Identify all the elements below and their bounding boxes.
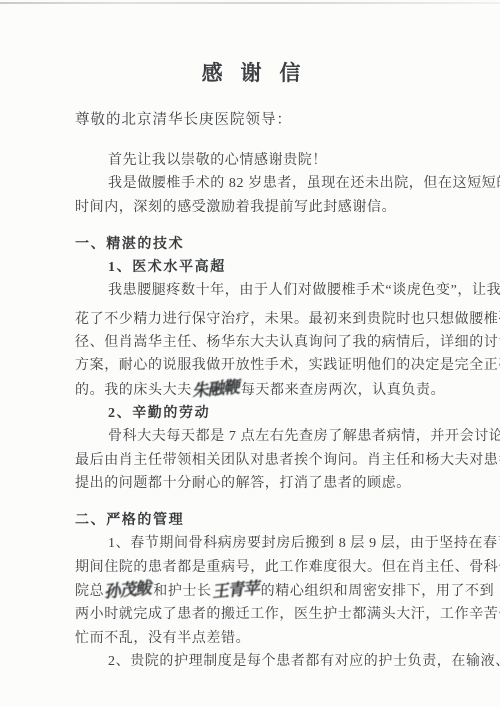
printed-text: 骨科大夫每天都是 7 点左右先查房了解患者病情，并开会讨论，	[108, 429, 500, 444]
handwritten-annotation: 王青苹	[211, 577, 261, 605]
printed-text: 两小时就完成了患者的搬迁工作，医生护士都满头大汗，工作辛苦但	[75, 607, 500, 622]
text-line: 首先让我以崇敬的心情感谢贵院！	[75, 149, 427, 172]
text-line: 我患腰腿疼数十年，由于人们对做腰椎手术“谈虎色变”，让我	[75, 279, 427, 302]
text-line: 花了不少精力进行保守治疗，未果。最初来到贵院时也只想做腰椎孔镜	[75, 303, 427, 331]
printed-text: 忙而不乱，没有半点差错。	[75, 631, 250, 646]
printed-text: 的。我的床头大夫	[75, 383, 192, 398]
printed-text: 二、严格的管理	[75, 513, 184, 528]
printed-text: 时间内，深刻的感受激励着我提前写此封感谢信。	[75, 200, 396, 215]
text-line: 时间内，深刻的感受激励着我提前写此封感谢信。	[75, 196, 427, 219]
printed-text: 一、精湛的技术	[75, 237, 184, 252]
text-line: 最后由肖主任带领相关团队对患者挨个询问。肖主任和杨大夫对患者	[75, 449, 427, 472]
printed-text: 院总	[75, 584, 104, 599]
printed-text: 期间住院的患者都是重病号，此工作难度很大。但在肖主任、骨科住	[75, 560, 500, 575]
printed-text: 1、医术水平高超	[108, 260, 226, 275]
text-line: 我是做腰椎手术的 82 岁患者，虽现在还未出院，但在这短短的	[75, 172, 427, 195]
text-line: 径、但肖嵩华主任、杨华东大夫认真询问了我的病情后，详细的讨论	[75, 331, 427, 354]
handwritten-annotation: 孙茂鲅	[104, 577, 154, 605]
printed-text: 花了不少精力进行保守治疗，未果。最初来到贵院时也只想做腰椎孔	[75, 312, 500, 327]
printed-text: 2、贵院的护理制度是每个患者都有对应的护士负责，在输液、	[108, 654, 500, 669]
printed-text: 1、春节期间骨科病房要封房后搬到 8 层 9 层，由于坚持在春节	[108, 536, 500, 551]
handwritten-annotation: 朱融鞭	[192, 375, 242, 403]
text-line: 的。我的床头大夫朱融鞭每天都来查房两次，认真负责。	[75, 378, 427, 402]
printed-text: 和护士长	[153, 584, 211, 599]
printed-text: 方案，耐心的说服我做开放性手术，实践证明他们的决定是完全正确	[75, 358, 500, 373]
text-line: 院总孙茂鲅和护士长王青苹的精心组织和周密安排下，用了不到	[75, 579, 427, 603]
text-line: 期间住院的患者都是重病号，此工作难度很大。但在肖主任、骨科住	[75, 556, 427, 579]
printed-text: 径、但肖嵩华主任、杨华东大夫认真询问了我的病情后，详细的讨论	[75, 335, 500, 350]
page-title: 感 谢 信	[75, 57, 427, 87]
section-heading: 2、辛勤的劳动	[75, 402, 427, 425]
letter-body: 首先让我以崇敬的心情感谢贵院！我是做腰椎手术的 82 岁患者，虽现在还未出院，但…	[75, 149, 427, 673]
text-line: 方案，耐心的说服我做开放性手术，实践证明他们的决定是完全正确	[75, 354, 427, 377]
printed-text: 首先让我以崇敬的心情感谢贵院！	[108, 153, 327, 168]
printed-text: 我患腰腿疼数十年，由于人们对做腰椎手术“谈虎色变”，让我	[108, 283, 500, 298]
scanned-letter-page: 感 谢 信 尊敬的北京清华长庚医院领导： 首先让我以崇敬的心情感谢贵院！我是做腰…	[0, 0, 500, 707]
section-heading: 一、精湛的技术	[75, 233, 427, 256]
printed-text: 的精心组织和周密安排下，用了不到	[261, 584, 495, 599]
text-line: 忙而不乱，没有半点差错。	[75, 627, 427, 650]
printed-text: 我是做腰椎手术的 82 岁患者，虽现在还未出院，但在这短短的	[108, 176, 500, 191]
section-heading: 二、严格的管理	[75, 509, 427, 532]
letter-content: 感 谢 信 尊敬的北京清华长庚医院领导： 首先让我以崇敬的心情感谢贵院！我是做腰…	[75, 0, 427, 673]
text-line: 2、贵院的护理制度是每个患者都有对应的护士负责，在输液、	[75, 650, 427, 673]
text-line: 两小时就完成了患者的搬迁工作，医生护士都满头大汗，工作辛苦但	[75, 603, 427, 626]
section-heading: 1、医术水平高超	[75, 256, 427, 279]
text-line: 提出的问题都十分耐心的解答，打消了患者的顾虑。	[75, 472, 427, 495]
text-line: 1、春节期间骨科病房要封房后搬到 8 层 9 层，由于坚持在春节	[75, 532, 427, 555]
printed-text: 提出的问题都十分耐心的解答，打消了患者的顾虑。	[75, 476, 411, 491]
printed-text: 2、辛勤的劳动	[108, 406, 210, 421]
salutation-line: 尊敬的北京清华长庚医院领导：	[75, 108, 427, 129]
printed-text: 每天都来查房两次，认真负责。	[241, 383, 445, 398]
printed-text: 最后由肖主任带领相关团队对患者挨个询问。肖主任和杨大夫对患者	[75, 453, 500, 468]
text-line: 骨科大夫每天都是 7 点左右先查房了解患者病情，并开会讨论，	[75, 425, 427, 448]
